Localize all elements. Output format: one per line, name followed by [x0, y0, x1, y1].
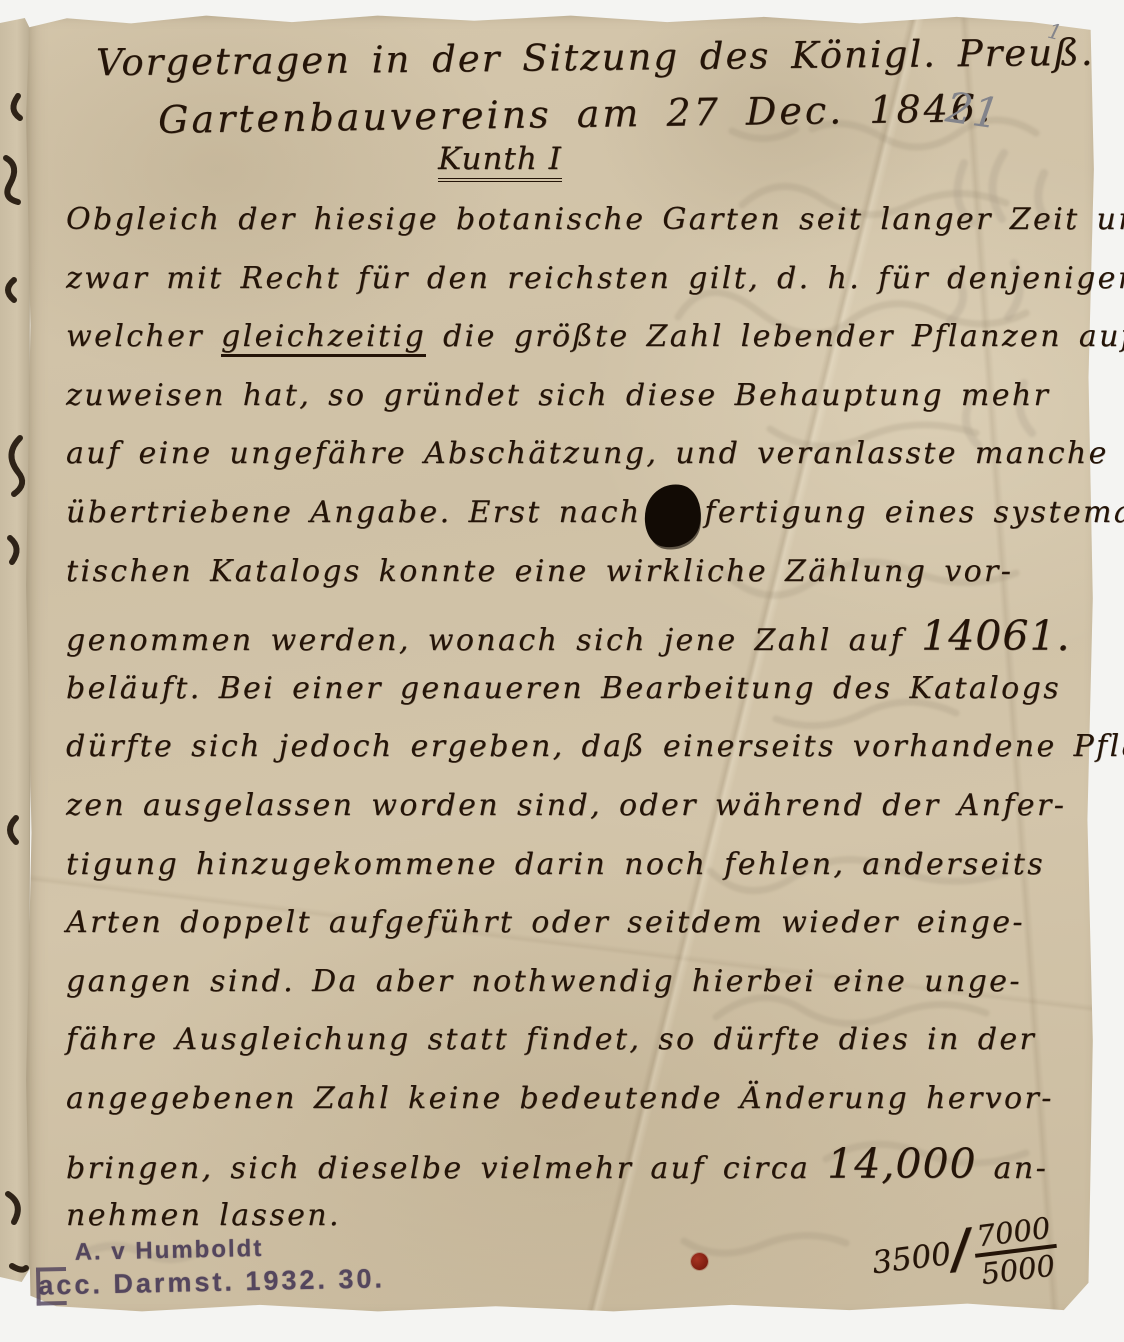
- line-text: genommen werden, wonach sich jene Zahl a…: [66, 623, 921, 658]
- line-text: bringen, sich dieselbe vielmehr auf circ…: [66, 1151, 827, 1186]
- manuscript-line: gangen sind. Da aber nothwendig hierbei …: [66, 964, 1086, 1023]
- manuscript-line: dürfte sich jedoch ergeben, daß einersei…: [66, 729, 1086, 788]
- manuscript-line: zen ausgelassen worden sind, oder währen…: [66, 788, 1086, 847]
- line-text: an-: [977, 1151, 1048, 1186]
- adjacent-page-ink-marks: [0, 18, 31, 1282]
- plant-count-14000: 14,000: [827, 1140, 976, 1188]
- manuscript-line: Obgleich der hiesige botanische Garten s…: [66, 202, 1086, 261]
- inventory-fraction: 70005000: [969, 1213, 1062, 1290]
- plant-count-14061: 14061.: [921, 612, 1070, 660]
- manuscript-line: welcher gleichzeitig die größte Zahl leb…: [66, 319, 1086, 378]
- manuscript-line: fähre Ausgleichung statt findet, so dürf…: [66, 1022, 1086, 1081]
- stamp-frame-mark: [36, 1267, 67, 1306]
- manuscript-line: angegebenen Zahl keine bedeutende Änderu…: [66, 1081, 1086, 1140]
- section-title: Kunth I: [438, 141, 562, 182]
- seal-dot: [691, 1253, 708, 1270]
- manuscript-line: auf eine ungefähre Abschätzung, und vera…: [66, 436, 1086, 495]
- manuscript-line: zuweisen hat, so gründet sich diese Beha…: [66, 378, 1086, 437]
- manuscript-line: tischen Katalogs konnte eine wirkliche Z…: [66, 554, 1086, 613]
- humboldt-stamp: A. v Humboldt acc. Darmst. 1932. 30.: [37, 1232, 385, 1301]
- manuscript-line: beläuft. Bei einer genaueren Bearbeitung…: [66, 671, 1086, 730]
- pencil-page-number: 21: [943, 83, 1003, 139]
- stamp-line-1: A. v Humboldt: [74, 1232, 384, 1266]
- manuscript-line: Arten doppelt aufgeführt oder seitdem wi…: [66, 905, 1086, 964]
- inventory-prefix: 3500: [870, 1236, 953, 1281]
- manuscript-body: Obgleich der hiesige botanische Garten s…: [66, 202, 1086, 1257]
- underlined-word: gleichzeitig: [221, 319, 426, 357]
- manuscript-line: übertriebene Angabe. Erst nach Anfertigu…: [66, 495, 1086, 554]
- line-text: die größte Zahl lebender Pflanzen auf-: [426, 319, 1124, 354]
- manuscript-line: genommen werden, wonach sich jene Zahl a…: [66, 612, 1086, 671]
- manuscript-scan: Vorgetragen in der Sitzung des Königl. P…: [0, 0, 1124, 1342]
- line-text: welcher: [66, 319, 221, 354]
- manuscript-line: tigung hinzugekommene darin noch fehlen,…: [66, 847, 1086, 906]
- adjacent-page-strip: [0, 18, 31, 1282]
- manuscript-line: zwar mit Recht für den reichsten gilt, d…: [66, 261, 1086, 320]
- manuscript-line: bringen, sich dieselbe vielmehr auf circ…: [66, 1140, 1086, 1199]
